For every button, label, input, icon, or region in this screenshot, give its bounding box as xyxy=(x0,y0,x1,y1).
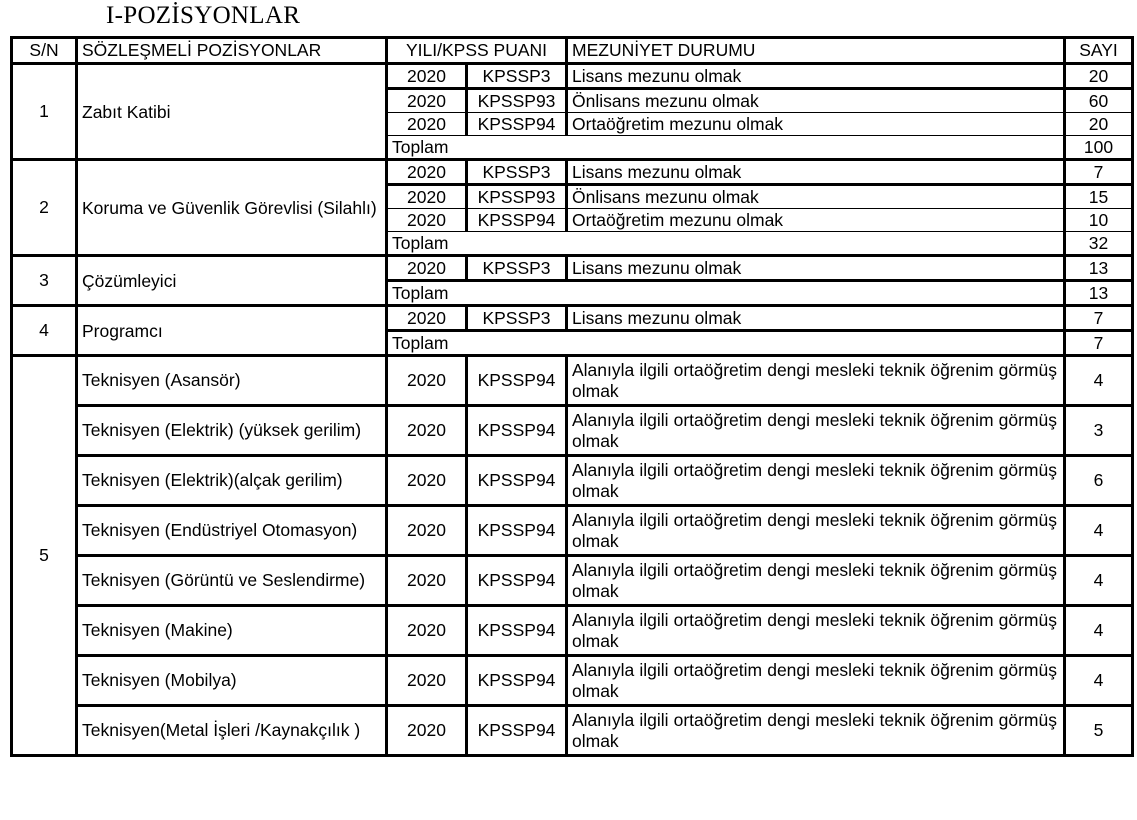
table-row: 1Zabıt Katibi2020KPSSP3Lisans mezunu olm… xyxy=(12,64,1133,89)
table-row: Teknisyen (Görüntü ve Seslendirme)2020KP… xyxy=(12,556,1133,606)
education-cell: Önlisans mezunu olmak xyxy=(567,89,1065,113)
header-year-kpss: YILI/KPSS PUANI xyxy=(387,38,567,64)
year-cell: 2020 xyxy=(387,185,467,209)
table-row: Teknisyen (Mobilya)2020KPSSP94Alanıyla i… xyxy=(12,656,1133,706)
kpss-cell: KPSSP94 xyxy=(467,456,567,506)
serial-number: 3 xyxy=(12,256,77,306)
total-label: Toplam xyxy=(387,281,1065,306)
year-cell: 2020 xyxy=(387,506,467,556)
header-count: SAYI xyxy=(1065,38,1133,64)
count-cell: 60 xyxy=(1065,89,1133,113)
education-cell: Ortaöğretim mezunu olmak xyxy=(567,113,1065,136)
total-count: 7 xyxy=(1065,331,1133,356)
table-body: 1Zabıt Katibi2020KPSSP3Lisans mezunu olm… xyxy=(12,64,1133,756)
count-cell: 20 xyxy=(1065,113,1133,136)
education-cell: Ortaöğretim mezunu olmak xyxy=(567,209,1065,232)
education-cell: Alanıyla ilgili ortaöğretim dengi meslek… xyxy=(567,356,1065,406)
kpss-cell: KPSSP3 xyxy=(467,64,567,89)
total-count: 32 xyxy=(1065,232,1133,256)
count-cell: 10 xyxy=(1065,209,1133,232)
table-row: Teknisyen(Metal İşleri /Kaynakçılık )202… xyxy=(12,706,1133,756)
kpss-cell: KPSSP94 xyxy=(467,356,567,406)
kpss-cell: KPSSP94 xyxy=(467,406,567,456)
year-cell: 2020 xyxy=(387,406,467,456)
count-cell: 15 xyxy=(1065,185,1133,209)
count-cell: 6 xyxy=(1065,456,1133,506)
position-name: Teknisyen (Elektrik)(alçak gerilim) xyxy=(77,456,387,506)
total-label: Toplam xyxy=(387,136,1065,160)
header-row: S/N SÖZLEŞMELİ POZİSYONLAR YILI/KPSS PUA… xyxy=(12,38,1133,64)
kpss-cell: KPSSP93 xyxy=(467,185,567,209)
kpss-cell: KPSSP94 xyxy=(467,113,567,136)
year-cell: 2020 xyxy=(387,456,467,506)
position-name: Teknisyen (Endüstriyel Otomasyon) xyxy=(77,506,387,556)
serial-number: 2 xyxy=(12,160,77,256)
table-row: Teknisyen (Elektrik) (yüksek gerilim)202… xyxy=(12,406,1133,456)
education-cell: Lisans mezunu olmak xyxy=(567,306,1065,331)
header-sn: S/N xyxy=(12,38,77,64)
positions-table: S/N SÖZLEŞMELİ POZİSYONLAR YILI/KPSS PUA… xyxy=(10,36,1134,757)
total-count: 100 xyxy=(1065,136,1133,160)
kpss-cell: KPSSP94 xyxy=(467,706,567,756)
year-cell: 2020 xyxy=(387,113,467,136)
position-name: Teknisyen (Asansör) xyxy=(77,356,387,406)
year-cell: 2020 xyxy=(387,656,467,706)
kpss-cell: KPSSP3 xyxy=(467,306,567,331)
header-education: MEZUNİYET DURUMU xyxy=(567,38,1065,64)
page-title: I-POZİSYONLAR xyxy=(106,2,300,30)
year-cell: 2020 xyxy=(387,706,467,756)
serial-number: 4 xyxy=(12,306,77,356)
serial-number: 5 xyxy=(12,356,77,756)
kpss-cell: KPSSP3 xyxy=(467,160,567,185)
table-row: Teknisyen (Endüstriyel Otomasyon)2020KPS… xyxy=(12,506,1133,556)
year-cell: 2020 xyxy=(387,89,467,113)
education-cell: Lisans mezunu olmak xyxy=(567,160,1065,185)
education-cell: Lisans mezunu olmak xyxy=(567,256,1065,281)
position-name: Çözümleyici xyxy=(77,256,387,306)
year-cell: 2020 xyxy=(387,209,467,232)
education-cell: Alanıyla ilgili ortaöğretim dengi meslek… xyxy=(567,656,1065,706)
position-name: Zabıt Katibi xyxy=(77,64,387,160)
year-cell: 2020 xyxy=(387,606,467,656)
position-name: Programcı xyxy=(77,306,387,356)
education-cell: Lisans mezunu olmak xyxy=(567,64,1065,89)
total-label: Toplam xyxy=(387,232,1065,256)
total-count: 13 xyxy=(1065,281,1133,306)
kpss-cell: KPSSP94 xyxy=(467,656,567,706)
year-cell: 2020 xyxy=(387,64,467,89)
count-cell: 7 xyxy=(1065,160,1133,185)
table-row: Teknisyen (Makine)2020KPSSP94Alanıyla il… xyxy=(12,606,1133,656)
position-name: Teknisyen(Metal İşleri /Kaynakçılık ) xyxy=(77,706,387,756)
education-cell: Alanıyla ilgili ortaöğretim dengi meslek… xyxy=(567,506,1065,556)
count-cell: 3 xyxy=(1065,406,1133,456)
year-cell: 2020 xyxy=(387,160,467,185)
table-row: 4Programcı2020KPSSP3Lisans mezunu olmak7 xyxy=(12,306,1133,331)
year-cell: 2020 xyxy=(387,556,467,606)
table-row: 5Teknisyen (Asansör)2020KPSSP94Alanıyla … xyxy=(12,356,1133,406)
year-cell: 2020 xyxy=(387,256,467,281)
count-cell: 4 xyxy=(1065,656,1133,706)
position-name: Teknisyen (Görüntü ve Seslendirme) xyxy=(77,556,387,606)
education-cell: Alanıyla ilgili ortaöğretim dengi meslek… xyxy=(567,406,1065,456)
count-cell: 4 xyxy=(1065,556,1133,606)
kpss-cell: KPSSP3 xyxy=(467,256,567,281)
serial-number: 1 xyxy=(12,64,77,160)
count-cell: 4 xyxy=(1065,356,1133,406)
education-cell: Önlisans mezunu olmak xyxy=(567,185,1065,209)
education-cell: Alanıyla ilgili ortaöğretim dengi meslek… xyxy=(567,706,1065,756)
kpss-cell: KPSSP94 xyxy=(467,209,567,232)
position-name: Koruma ve Güvenlik Görevlisi (Silahlı) xyxy=(77,160,387,256)
kpss-cell: KPSSP94 xyxy=(467,506,567,556)
table-row: 2Koruma ve Güvenlik Görevlisi (Silahlı)2… xyxy=(12,160,1133,185)
count-cell: 20 xyxy=(1065,64,1133,89)
count-cell: 4 xyxy=(1065,606,1133,656)
kpss-cell: KPSSP94 xyxy=(467,556,567,606)
year-cell: 2020 xyxy=(387,356,467,406)
kpss-cell: KPSSP93 xyxy=(467,89,567,113)
header-position: SÖZLEŞMELİ POZİSYONLAR xyxy=(77,38,387,64)
education-cell: Alanıyla ilgili ortaöğretim dengi meslek… xyxy=(567,456,1065,506)
count-cell: 5 xyxy=(1065,706,1133,756)
count-cell: 13 xyxy=(1065,256,1133,281)
table-row: 3Çözümleyici2020KPSSP3Lisans mezunu olma… xyxy=(12,256,1133,281)
year-cell: 2020 xyxy=(387,306,467,331)
kpss-cell: KPSSP94 xyxy=(467,606,567,656)
education-cell: Alanıyla ilgili ortaöğretim dengi meslek… xyxy=(567,556,1065,606)
position-name: Teknisyen (Makine) xyxy=(77,606,387,656)
total-label: Toplam xyxy=(387,331,1065,356)
count-cell: 7 xyxy=(1065,306,1133,331)
position-name: Teknisyen (Elektrik) (yüksek gerilim) xyxy=(77,406,387,456)
position-name: Teknisyen (Mobilya) xyxy=(77,656,387,706)
education-cell: Alanıyla ilgili ortaöğretim dengi meslek… xyxy=(567,606,1065,656)
table-row: Teknisyen (Elektrik)(alçak gerilim)2020K… xyxy=(12,456,1133,506)
count-cell: 4 xyxy=(1065,506,1133,556)
